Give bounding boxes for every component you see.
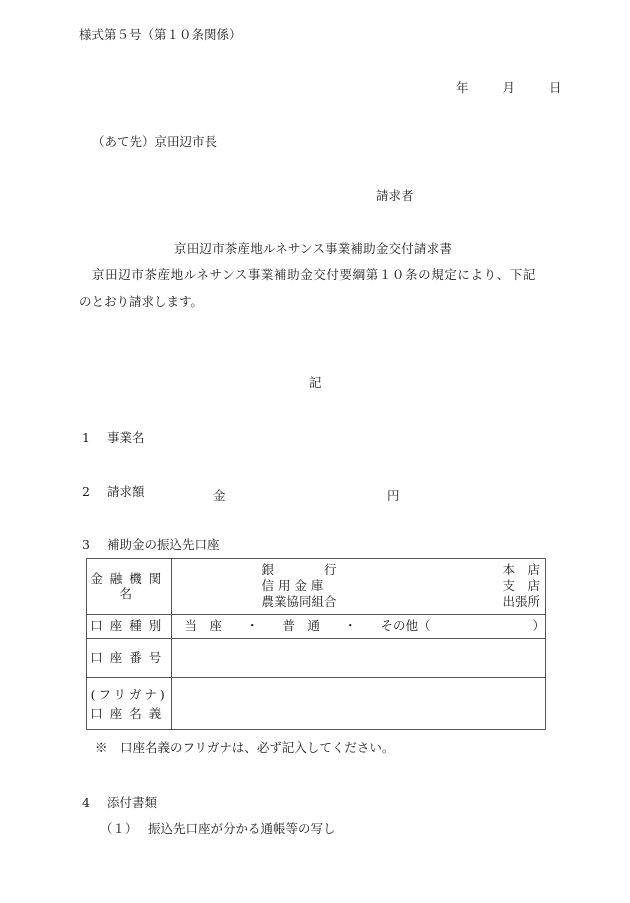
item-label: 添付書類: [107, 795, 157, 810]
label-account-holder: (フリガナ) 口座名義: [87, 678, 172, 730]
form-number: 様式第５号（第１０条関係）: [79, 29, 242, 42]
account-number-field[interactable]: [172, 639, 546, 678]
date-month: 月: [503, 82, 516, 95]
item-label: 補助金の振込先口座: [107, 537, 220, 552]
item-number: 3: [82, 539, 107, 552]
option-other-close: ）: [532, 619, 545, 633]
account-table: 金融機関名 銀 行 信 用 金 庫 農業協同組合 本 店 支 店 出張所 口座種…: [86, 558, 546, 730]
body-text-line-1: 京田辺市茶産地ルネサンス事業補助金交付要綱第１０条の規定により、下記: [92, 269, 536, 282]
account-type-field[interactable]: 当 座 ・ 普 通 ・ その他（ ）: [172, 615, 546, 639]
label-furigana: (フリガナ): [87, 685, 171, 704]
amount-prefix: 金: [213, 486, 226, 504]
branch-head: 本 店: [502, 562, 540, 578]
item-number: 2: [82, 486, 107, 499]
institution-ja: 農業協同組合: [261, 594, 336, 610]
institution-field[interactable]: 銀 行 信 用 金 庫 農業協同組合 本 店 支 店 出張所: [172, 559, 546, 615]
separator: ・: [344, 619, 357, 633]
document-title: 京田辺市茶産地ルネサンス事業補助金交付請求書: [174, 243, 452, 256]
item-project-name: 1事業名: [82, 432, 145, 445]
row-account-type: 口座種別 当 座 ・ 普 通 ・ その他（ ）: [87, 615, 546, 639]
item-label: 請求額: [107, 484, 145, 499]
date-line: 年 月 日: [456, 82, 562, 95]
body-text-line-2: のとおり請求します。: [79, 296, 203, 309]
item-request-amount: 2請求額: [82, 486, 145, 499]
attachment-number: （１）: [100, 823, 148, 836]
item-attachments: 4添付書類: [82, 797, 157, 810]
furigana-note: ※ 口座名義のフリガナは、必ず記入してください。: [95, 742, 394, 755]
requester-label: 請求者: [376, 190, 414, 203]
branch-types: 本 店 支 店 出張所: [502, 562, 540, 610]
date-day: 日: [549, 82, 562, 95]
item-label: 事業名: [107, 430, 145, 445]
institution-shinkin: 信 用 金 庫: [261, 578, 336, 594]
option-ordinary[interactable]: 普 通: [282, 619, 320, 633]
row-institution: 金融機関名 銀 行 信 用 金 庫 農業協同組合 本 店 支 店 出張所: [87, 559, 546, 615]
branch-office: 出張所: [502, 594, 540, 610]
institution-bank: 銀 行: [261, 562, 336, 578]
addressee: （あて先）京田辺市長: [92, 136, 217, 149]
account-holder-field[interactable]: [172, 678, 546, 730]
institution-types: 銀 行 信 用 金 庫 農業協同組合: [261, 562, 336, 610]
row-account-holder: (フリガナ) 口座名義: [87, 678, 546, 730]
option-other[interactable]: その他（: [380, 619, 430, 633]
label-account-type: 口座種別: [87, 615, 172, 639]
label-account-number: 口座番号: [87, 639, 172, 678]
amount-suffix: 円: [387, 486, 400, 504]
separator: ・: [246, 619, 259, 633]
attachment-1: （１）振込先口座が分かる通帳等の写し: [100, 823, 336, 836]
label-institution: 金融機関名: [87, 559, 172, 615]
branch-branch: 支 店: [502, 578, 540, 594]
row-account-number: 口座番号: [87, 639, 546, 678]
item-bank-account: 3補助金の振込先口座: [82, 539, 220, 552]
attachment-label: 振込先口座が分かる通帳等の写し: [148, 821, 336, 836]
ki-heading: 記: [309, 377, 322, 390]
label-holder: 口座名義: [87, 704, 171, 723]
option-current[interactable]: 当 座: [184, 619, 222, 633]
item-number: 1: [82, 432, 107, 445]
date-year: 年: [456, 82, 469, 95]
item-number: 4: [82, 797, 107, 810]
